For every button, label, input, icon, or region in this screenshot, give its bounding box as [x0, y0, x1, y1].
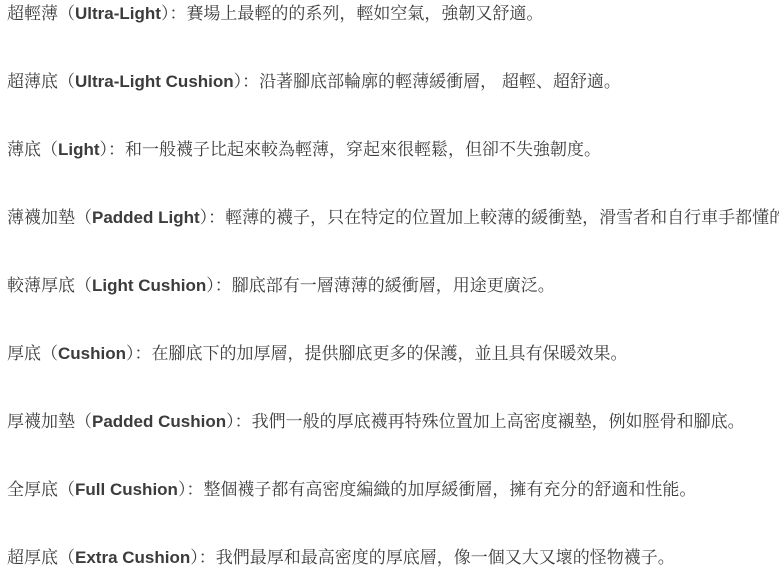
- cushion-level-term-en: Light: [58, 140, 100, 159]
- open-paren: （: [75, 276, 92, 295]
- cushion-level-term-zh: 較薄厚底: [7, 276, 75, 295]
- cushion-level-description: 輕薄的襪子，只在特定的位置加上較薄的緩衝墊，滑雪者和自行車手都懂的。: [225, 208, 779, 227]
- cushion-level-term-en: Padded Light: [92, 208, 200, 227]
- cushion-level-term-en: Ultra-Light: [75, 4, 161, 23]
- cushion-level-term-zh: 厚底: [7, 344, 41, 363]
- cushion-level-entry: 較薄厚底（Light Cushion）：腳底部有一層薄薄的緩衝層，用途更廣泛。: [7, 274, 771, 298]
- cushion-level-description: 在腳底下的加厚層，提供腳底更多的保護，並且具有保暖效果。: [152, 344, 628, 363]
- colon-separator: ：: [235, 412, 252, 431]
- cushion-level-description: 和一般襪子比起來較為輕薄，穿起來很輕鬆，但卻不失強韌度。: [125, 140, 601, 159]
- open-paren: （: [75, 412, 92, 431]
- cushion-level-description: 整個襪子都有高密度編織的加厚緩衝層，擁有充分的舒適和性能。: [203, 480, 696, 499]
- open-paren: （: [58, 480, 75, 499]
- close-paren: ）: [234, 72, 243, 91]
- cushion-level-term-en: Ultra-Light Cushion: [75, 72, 234, 91]
- close-paren: ）: [226, 412, 235, 431]
- cushion-level-description: 我們一般的厚底襪再特殊位置加上高密度襯墊，例如脛骨和腳底。: [252, 412, 745, 431]
- colon-separator: ：: [186, 480, 203, 499]
- cushion-level-description: 沿著腳底部輪廓的輕薄緩衝層， 超輕、超舒適。: [259, 72, 621, 91]
- cushion-level-term-zh: 超薄底: [7, 72, 58, 91]
- cushion-level-term-zh: 全厚底: [7, 480, 58, 499]
- open-paren: （: [41, 344, 58, 363]
- open-paren: （: [41, 140, 58, 159]
- close-paren: ）: [126, 344, 135, 363]
- cushion-level-term-zh: 超厚底: [7, 548, 58, 567]
- close-paren: ）: [190, 548, 199, 567]
- colon-separator: ：: [135, 344, 152, 363]
- cushion-level-entry: 超輕薄（Ultra-Light）：賽場上最輕的的系列，輕如空氣，強韌又舒適。: [7, 2, 771, 26]
- cushion-level-description: 腳底部有一層薄薄的緩衝層，用途更廣泛。: [232, 276, 555, 295]
- cushion-level-entry: 全厚底（Full Cushion）：整個襪子都有高密度編織的加厚緩衝層，擁有充分…: [7, 478, 771, 502]
- colon-separator: ：: [108, 140, 125, 159]
- open-paren: （: [58, 548, 75, 567]
- cushion-level-term-zh: 薄襪加墊: [7, 208, 75, 227]
- open-paren: （: [58, 4, 75, 23]
- colon-separator: ：: [208, 208, 225, 227]
- cushion-level-term-zh: 超輕薄: [7, 4, 58, 23]
- open-paren: （: [75, 208, 92, 227]
- cushion-level-description: 賽場上最輕的的系列，輕如空氣，強韌又舒適。: [186, 4, 543, 23]
- colon-separator: ：: [199, 548, 216, 567]
- cushion-level-entry: 超薄底（Ultra-Light Cushion）：沿著腳底部輪廓的輕薄緩衝層， …: [7, 70, 771, 94]
- cushion-level-entry: 厚襪加墊（Padded Cushion）：我們一般的厚底襪再特殊位置加上高密度襯…: [7, 410, 771, 434]
- cushion-level-term-en: Full Cushion: [75, 480, 178, 499]
- cushion-level-term-zh: 厚襪加墊: [7, 412, 75, 431]
- cushion-level-description: 我們最厚和最高密度的厚底層，像一個又大又壞的怪物襪子。: [216, 548, 675, 567]
- colon-separator: ：: [215, 276, 232, 295]
- cushion-level-term-en: Light Cushion: [92, 276, 206, 295]
- cushion-levels-document: 超輕薄（Ultra-Light）：賽場上最輕的的系列，輕如空氣，強韌又舒適。 超…: [0, 0, 779, 570]
- cushion-level-term-en: Padded Cushion: [92, 412, 226, 431]
- cushion-level-entry: 薄襪加墊（Padded Light）：輕薄的襪子，只在特定的位置加上較薄的緩衝墊…: [7, 206, 771, 230]
- open-paren: （: [58, 72, 75, 91]
- cushion-level-term-en: Cushion: [58, 344, 126, 363]
- cushion-level-entry: 超厚底（Extra Cushion）：我們最厚和最高密度的厚底層，像一個又大又壞…: [7, 546, 771, 570]
- colon-separator: ：: [242, 72, 259, 91]
- close-paren: ）: [100, 140, 109, 159]
- cushion-level-entry: 薄底（Light）：和一般襪子比起來較為輕薄，穿起來很輕鬆，但卻不失強韌度。: [7, 138, 771, 162]
- cushion-level-entry: 厚底（Cushion）：在腳底下的加厚層，提供腳底更多的保護，並且具有保暖效果。: [7, 342, 771, 366]
- colon-separator: ：: [169, 4, 186, 23]
- close-paren: ）: [206, 276, 215, 295]
- cushion-level-term-en: Extra Cushion: [75, 548, 190, 567]
- close-paren: ）: [200, 208, 209, 227]
- cushion-level-term-zh: 薄底: [7, 140, 41, 159]
